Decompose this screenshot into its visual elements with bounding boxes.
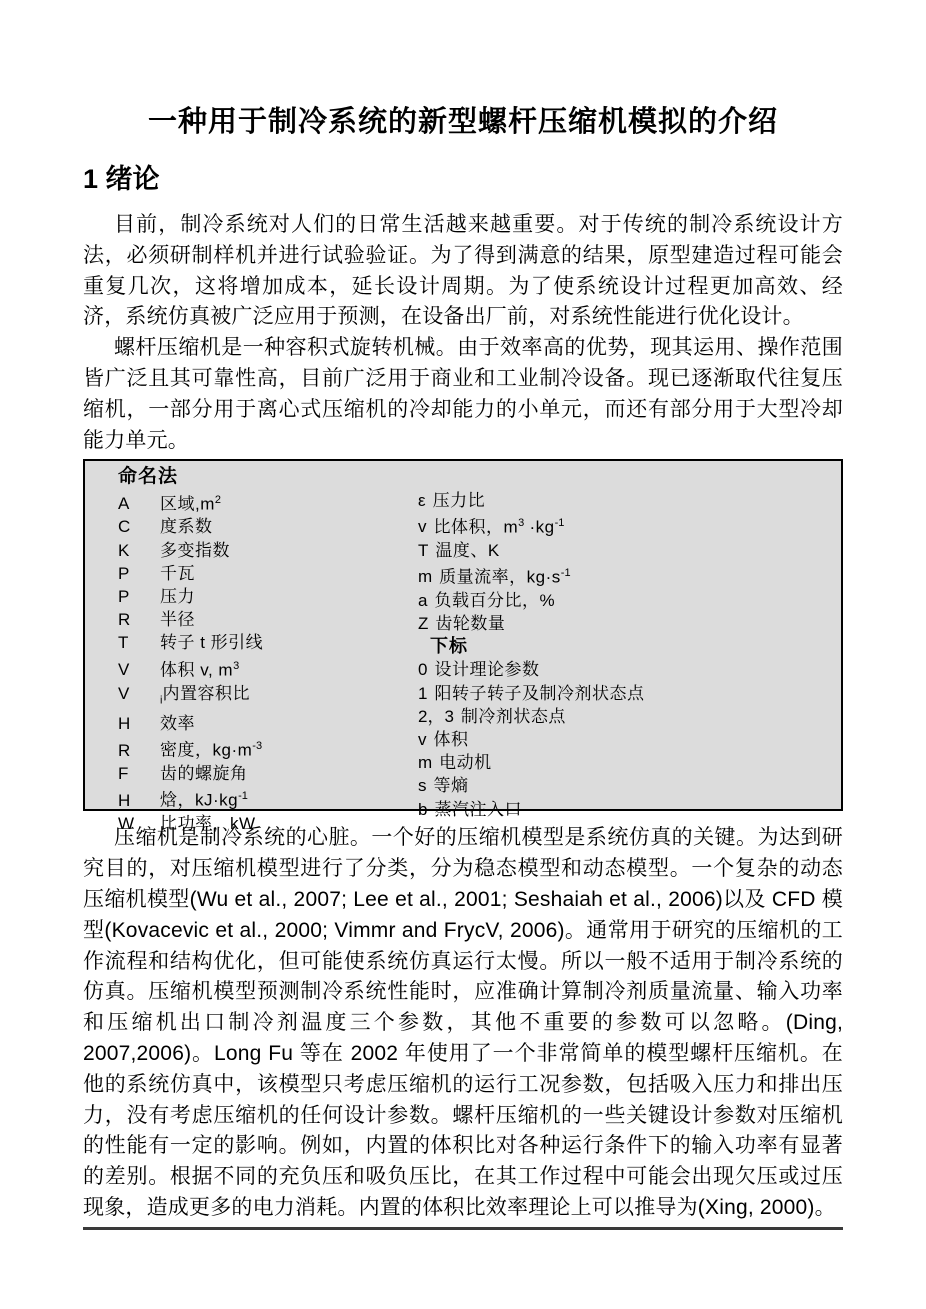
description: 半径 [160,608,195,631]
description: 密度，kg·m-3 [160,735,262,762]
nomenclature-row: 1阳转子转子及制冷剂状态点 [414,682,841,705]
symbol: 2，3 [418,705,454,728]
symbol: Z [418,612,428,635]
nomenclature-right-rows-top: ε压力比v比体积，m3 ·kg-1T温度、Km质量流率，kg·s-1a负载百分比… [414,489,841,636]
nomenclature-row: m质量流率，kg·s-1 [414,562,841,589]
symbol: R [118,608,160,631]
spacer [414,465,841,488]
symbol: H [118,712,160,735]
nomenclature-left-rows: A区域,m2C度系数K多变指数P千瓦P压力R半径T转子 t 形引线V体积 v, … [118,489,414,836]
nomenclature-row: 0 设计理论参数 [414,658,841,681]
page-title: 一种用于制冷系统的新型螺杆压缩机模拟的介绍 [83,104,843,140]
symbol: A [118,492,160,515]
nomenclature-row: T转子 t 形引线 [118,631,414,654]
nomenclature-row: F齿的螺旋角 [118,762,414,785]
symbol: C [118,515,160,538]
description: 度系数 [160,515,213,538]
nomenclature-row: m电动机 [414,751,841,774]
nomenclature-row: b蒸汽注入口 [414,798,841,821]
symbol: 1 [418,682,427,705]
symbol: H [118,789,160,812]
symbol: R [118,739,160,762]
description: 区域,m2 [160,489,221,516]
symbol: m [418,751,432,774]
description: 焓，kJ·kg-1 [160,785,248,812]
description: 效率 [160,712,195,735]
nomenclature-row: A区域,m2 [118,489,414,516]
description: 等熵 [434,774,469,797]
symbol: F [118,762,160,785]
nomenclature-row: R半径 [118,608,414,631]
nomenclature-row: 2，3制冷剂状态点 [414,705,841,728]
nomenclature-row: ε压力比 [414,489,841,512]
symbol: s [418,774,427,797]
nomenclature-row: H焓，kJ·kg-1 [118,785,414,812]
nomenclature-row: s等熵 [414,774,841,797]
symbol: 0 [418,658,427,681]
symbol: v [418,515,427,538]
description: 负载百分比，% [434,589,555,612]
description: 压力 [160,585,195,608]
description: 压力比 [433,489,486,512]
symbol: T [418,539,428,562]
document-content: 一种用于制冷系统的新型螺杆压缩机模拟的介绍 1 绪论 目前，制冷系统对人们的日常… [83,0,843,1230]
description: 设计理论参数 [434,658,539,681]
symbol: ε [418,489,426,512]
nomenclature-row: R密度，kg·m-3 [118,735,414,762]
description: 电动机 [439,751,492,774]
symbol: P [118,585,160,608]
nomenclature-box: 命名法 A区域,m2C度系数K多变指数P千瓦P压力R半径T转子 t 形引线V体积… [83,459,843,811]
paragraph: 压缩机是制冷系统的心脏。一个好的压缩机模型是系统仿真的关键。为达到研究目的，对压… [83,823,843,1223]
section-heading: 1 绪论 [83,162,843,196]
nomenclature-right-rows-bottom: 0 设计理论参数1阳转子转子及制冷剂状态点2，3制冷剂状态点v体积m电动机s等熵… [414,658,841,820]
nomenclature-row: C度系数 [118,515,414,538]
description: 制冷剂状态点 [461,705,566,728]
nomenclature-row: Z齿轮数量 [414,612,841,635]
paragraph: 目前，制冷系统对人们的日常生活越来越重要。对于传统的制冷系统设计方法，必须研制样… [83,210,843,333]
nomenclature-row: P千瓦 [118,562,414,585]
nomenclature-row: a负载百分比，% [414,589,841,612]
symbol: V [118,658,160,681]
symbol: b [418,798,427,821]
description: 体积 v, m3 [160,655,239,682]
paragraph: 螺杆压缩机是一种容积式旋转机械。由于效率高的优势，现其运用、操作范围皆广泛且其可… [83,333,843,456]
description: 体积 [434,728,469,751]
footnote-divider [83,1227,843,1230]
description: 蒸汽注入口 [434,798,522,821]
nomenclature-row: H效率 [118,712,414,735]
description: 质量流率，kg·s-1 [439,562,570,589]
description: 齿轮数量 [435,612,505,635]
nomenclature-row: P压力 [118,585,414,608]
symbol: V [118,682,160,705]
nomenclature-row: K多变指数 [118,539,414,562]
symbol: a [418,589,427,612]
description: 温度、K [435,539,499,562]
nomenclature-header: 命名法 [118,465,414,488]
symbol: v [418,728,427,751]
symbol: T [118,631,160,654]
symbol: K [118,539,160,562]
symbol: P [118,562,160,585]
description: i内置容积比 [160,682,250,713]
symbol: m [418,565,432,588]
nomenclature-row: V体积 v, m3 [118,655,414,682]
nomenclature-row: Vi内置容积比 [118,682,414,713]
subscripts-header: 下标 [414,635,841,658]
description: 多变指数 [160,539,230,562]
nomenclature-right-column: ε压力比v比体积，m3 ·kg-1T温度、Km质量流率，kg·s-1a负载百分比… [414,465,841,809]
nomenclature-row: v体积 [414,728,841,751]
description: 千瓦 [160,562,195,585]
description: 转子 t 形引线 [160,631,263,654]
nomenclature-row: T温度、K [414,539,841,562]
document-page: 一种用于制冷系统的新型螺杆压缩机模拟的介绍 1 绪论 目前，制冷系统对人们的日常… [0,0,926,1309]
description: 阳转子转子及制冷剂状态点 [434,682,644,705]
description: 齿的螺旋角 [160,762,248,785]
description: 比体积，m3 ·kg-1 [434,512,565,539]
nomenclature-row: v比体积，m3 ·kg-1 [414,512,841,539]
nomenclature-left-column: 命名法 A区域,m2C度系数K多变指数P千瓦P压力R半径T转子 t 形引线V体积… [85,465,414,809]
